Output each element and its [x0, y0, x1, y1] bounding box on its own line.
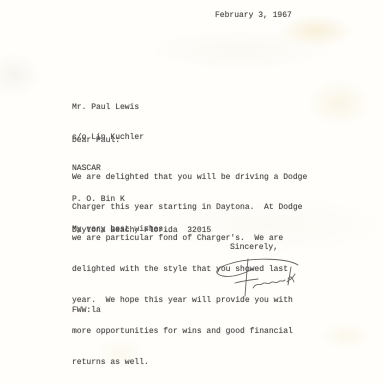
- paper-stain: [306, 78, 372, 128]
- typist-initials: FWW:la: [72, 306, 101, 316]
- signature-tall-k: [287, 267, 295, 285]
- letter-date: February 3, 1967: [215, 11, 292, 21]
- paper-stain: [0, 52, 42, 98]
- signature-letters: [253, 280, 285, 288]
- signature-stem: [245, 259, 248, 296]
- paper-stain: [318, 322, 372, 350]
- letter-page: February 3, 1967 Mr. Paul Lewis c/o Lin …: [0, 0, 384, 384]
- salutation: Dear Paul:: [72, 136, 120, 146]
- closing-line: My very best wishes.: [72, 225, 168, 235]
- signature-flourish: [217, 259, 298, 276]
- body-line: more opportunities for wins and good fin…: [72, 327, 307, 337]
- body-line: Charger this year starting in Daytona. A…: [72, 203, 307, 213]
- signature-handwritten-frank: [205, 252, 315, 302]
- paper-stain: [140, 28, 340, 72]
- body-line: We are delighted that you will be drivin…: [72, 173, 307, 183]
- address-line-name: Mr. Paul Lewis: [72, 103, 211, 113]
- body-line: returns as well.: [72, 358, 307, 368]
